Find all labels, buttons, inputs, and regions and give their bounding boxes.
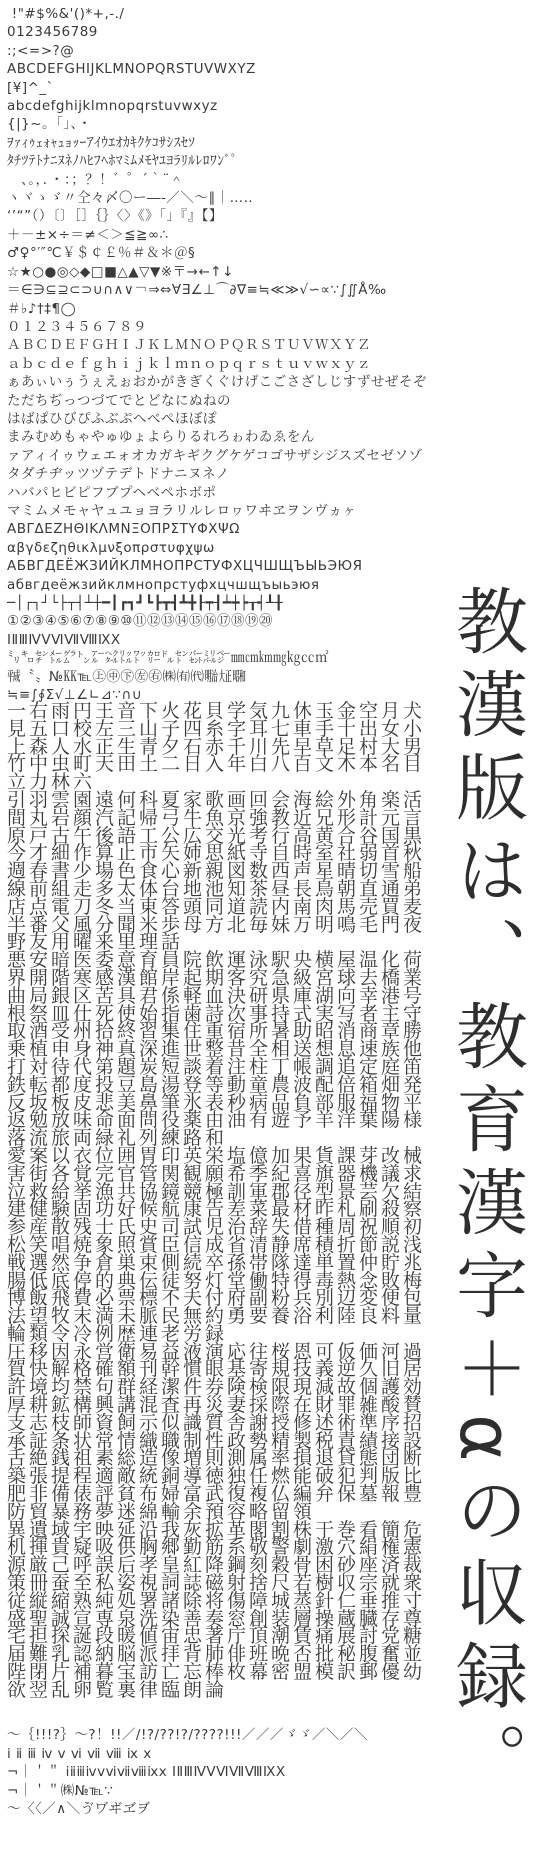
specimen-line: абвгдеёжзийклмнопрстуфхцчшщъыьэюя (7, 576, 439, 594)
kanji-grade-2: 引羽雲園遠何科夏家歌画回会海絵外角楽活間丸岩顔汽記帰弓牛魚京強教近兄形計元言原戸… (7, 792, 437, 952)
specimen-line: ⅠⅡⅢⅣⅤⅥⅦⅧⅨⅩ (7, 631, 439, 649)
specimen-line: abcdefghijklmnopqrstuvwxyz (7, 97, 439, 115)
specimen-line: ハバパヒビピフブプヘベペホボポ (7, 484, 439, 502)
specimen-line: αβγδεζηθικλμνξοπρστυφχψω (7, 539, 439, 557)
kanji-grade-6: 異遺域宇映延沿我灰拡革閣割株干巻看簡危机揮貴疑吸供胸郷勤筋系敬警劇激穴絹権憲源厳… (7, 1522, 437, 1700)
kanji-grade-4: 愛案以衣位囲胃印英栄塩億加果貨課芽改械害街各覚完官管関観願希季紀喜旗器機議求泣救… (7, 1148, 437, 1344)
specimen-line: ♂♀°′″℃￥＄￠￡％＃＆＊＠§ (7, 244, 439, 262)
specimen-line: ¬｜＇＂ ⅰⅱⅲⅳⅴⅵⅶⅷⅸⅹ ⅠⅡⅢⅣⅤⅥⅦⅧⅨⅩ (7, 1763, 439, 1782)
specimen-line: АБВГДЕЁЖЗИЙКЛМНОПРСТУФХЦЧШЩЪЫЬЭЮЯ (7, 557, 439, 575)
specimen-line: タダチヂッツヅテデトドナニヌネノ (7, 465, 439, 483)
specimen-line: {|}~。「」、・ (7, 115, 439, 133)
specimen-line: ＝∈∋⊆⊇⊂⊃∪∩∧∨￢⇒⇔∀∃∠⊥⌒∂∇≡≒≪≫√∽∝∵∫∬Å‰ (7, 281, 439, 299)
specimen-line: ヽヾゝゞ〃仝々〆〇ー―‐／＼～∥｜…‥ (7, 189, 439, 207)
specimen-line: ¬｜＇＂㈱№℡∵ (7, 1782, 439, 1801)
kanji-grade-3: 悪安暗医委意育員院飲運泳駅央横屋温化荷界開階寒感漢館岸起期客究急級宮球去橋業曲局… (7, 952, 437, 1148)
kyoiku-kanji-section: 一右雨円王音下火花貝学気九休玉金空月犬見五口校左三山子四糸字耳七車手十出女小上森… (7, 703, 437, 1700)
specimen-line: ＡＢＣＤＥＦＧＨＩＪＫＬＭＮＯＰＱＲＳＴＵＶＷＸＹＺ (7, 336, 439, 354)
specimen-line: ⅰ ⅱ ⅲ ⅳ ⅴ ⅵ ⅶ ⅷ ⅸ ⅹ (7, 1745, 439, 1764)
kanji-grade-5: 圧移因永営衛易益液演応往桜恩可仮価河過賀快解格確額刊幹慣眼基寄規技義逆久旧居許境… (7, 1344, 437, 1522)
specimen-line: ─│┌┐┘└├┬┤┴┼━┃┏┓┛┗┣┳┫┻╋┠┯┨┷┿┝┰┥┸╂ (7, 594, 439, 612)
specimen-line: ☆★○●◎◇◆□■△▲▽▼※〒→←↑↓ (7, 263, 439, 281)
vertical-tagline: 教漢版は、教育漢字＋αの収録。 (432, 584, 536, 1824)
extra-glyph-section: 〜｛!!!?｝〜?！!!／/!?/??!?/????!!!／／／ゞゞ／＼／＼ ⅰ… (7, 1726, 439, 1819)
specimen-line: 〜｛!!!?｝〜?！!!／/!?/??!?/????!!!／／／ゞゞ／＼／＼ (7, 1726, 439, 1745)
font-specimen-sheet: !"#$%&'()*+,-./ 0123456789 :;<=>?@ ABCDE… (0, 0, 540, 1860)
specimen-line: ぁあぃいぅうぇえぉおかがきぎくぐけげこごさざしじすずせぜそぞ (7, 373, 439, 391)
specimen-line: !"#$%&'()*+,-./ (7, 5, 439, 23)
specimen-line: ABCDEFGHIJKLMNOPQRSTUVWXYZ (7, 60, 439, 78)
specimen-line: ＃♭♪†‡¶◯ (7, 300, 439, 318)
specimen-line: ｦｧｨｩｪｫｬｭｮｯｰｱｲｳｴｵｶｷｸｹｺｻｼｽｾｿ (7, 134, 439, 152)
specimen-line: ㍉㌔㌢㍍㌘㌧㌃㌶㍑㍗㌍㌦㌣㌫㍊㌻㎜㎝㎞㎎㎏㏄㎡ (7, 649, 439, 667)
specimen-line: ΑΒΓΔΕΖΗΘΙΚΛΜΝΞΟΠΡΣΤΥΦΧΨΩ (7, 520, 439, 538)
specimen-line: ①②③④⑤⑥⑦⑧⑨⑩⑪⑫⑬⑭⑮⑯⑰⑱⑲⑳ (7, 612, 439, 630)
specimen-line: ａｂｃｄｅｆｇｈｉｊｋｌｍｎｏｐｑｒｓｔｕｖｗｘｙｚ (7, 355, 439, 373)
specimen-line: まみむめもゃやゅゆょよらりるれろゎわゐゑをん (7, 428, 439, 446)
specimen-line: 〜〈〈／∧＼ゔヷヸヹヺ (7, 1800, 439, 1819)
specimen-line: ０１２３４５６７８９ (7, 318, 439, 336)
specimen-line: [¥]^_` (7, 79, 439, 97)
symbol-glyph-section: !"#$%&'()*+,-./ 0123456789 :;<=>?@ ABCDE… (7, 5, 439, 704)
kanji-grade-1: 一右雨円王音下火花貝学気九休玉金空月犬見五口校左三山子四糸字耳七車手十出女小上森… (7, 703, 437, 792)
specimen-line: ㍻〝〟№㏍℡㊤㊥㊦㊧㊨㈱㈲㈹㍾㍽㍼ (7, 668, 439, 686)
specimen-line: ‘’“”（）〔〕［］｛｝〈〉《》「」『』【】 (7, 207, 439, 225)
specimen-line: ァアィイゥウェエォオカガキギクグケゲコゴサザシジスズセゼソゾ (7, 447, 439, 465)
specimen-line: ＋－±×÷＝≠＜＞≦≧∞∴ (7, 226, 439, 244)
specimen-line: ﾀﾁﾂﾃﾄﾅﾆﾇﾈﾉﾊﾋﾌﾍﾎﾏﾐﾑﾒﾓﾔﾕﾖﾗﾘﾙﾚﾛﾜﾝﾞﾟ (7, 152, 439, 170)
specimen-line: 、。，．・：；？！゛゜´｀¨＾ (7, 171, 439, 189)
specimen-line: :;<=>?@ (7, 42, 439, 60)
specimen-line: はばぱひびぴふぶぷへべぺほぼぽ (7, 410, 439, 428)
specimen-line: ただちぢっつづてでとどなにぬねの (7, 392, 439, 410)
specimen-line: マミムメモャヤュユョヨラリルレロヮワヰヱヲンヴヵヶ (7, 502, 439, 520)
specimen-line: 0123456789 (7, 23, 439, 41)
